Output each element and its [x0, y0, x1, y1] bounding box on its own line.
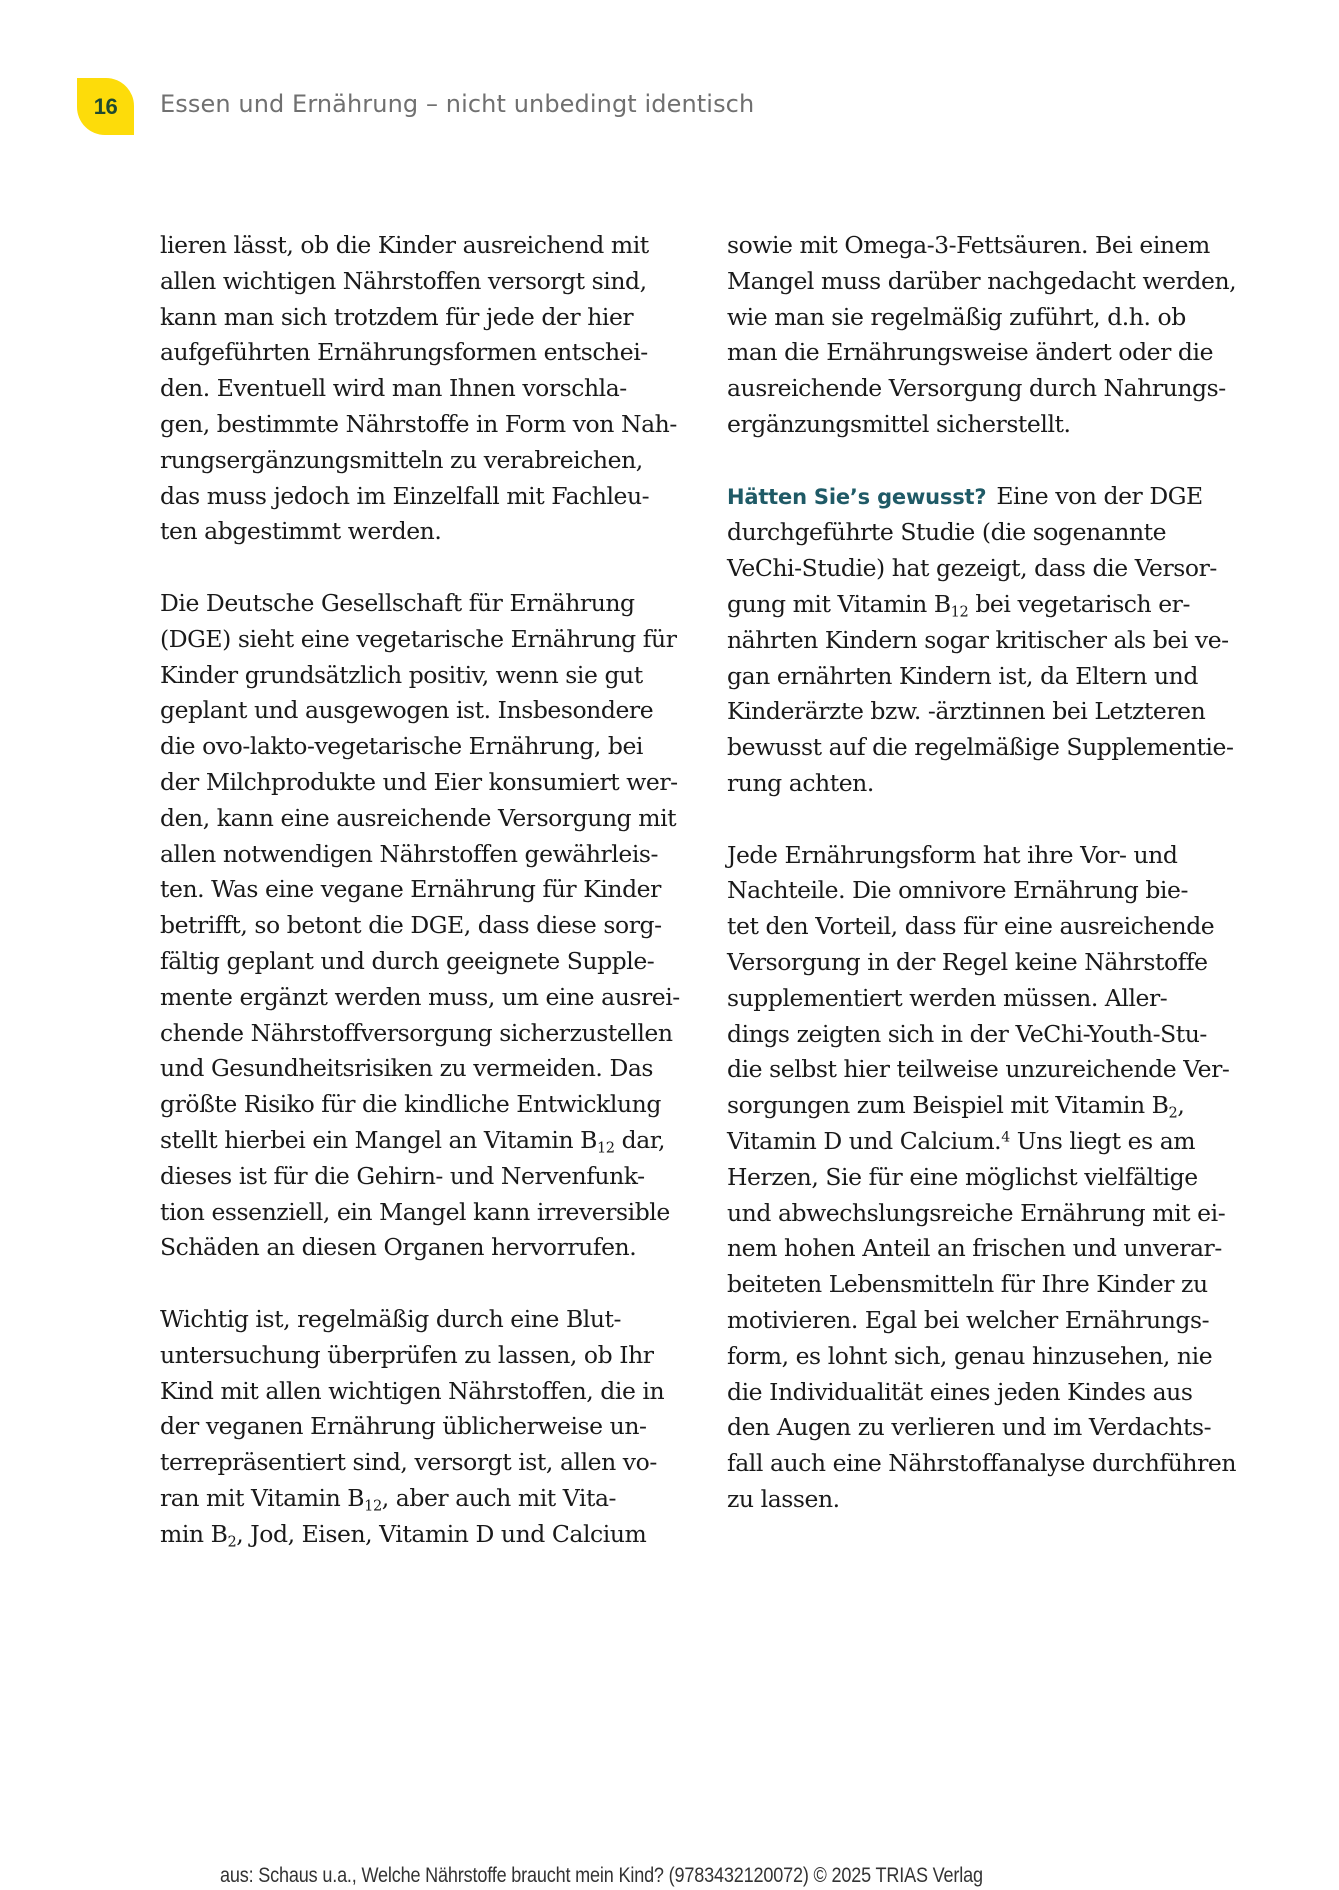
text-line-vitamin-b12: gung mit Vitamin B12 bei vegetarisch er- [727, 587, 1247, 623]
text-line: ausreichende Versorgung durch Nahrungs- [727, 371, 1247, 407]
text-line: Hätten Sie’s gewusst?Eine von der DGE [727, 479, 1247, 516]
subscript: 2 [1169, 1104, 1178, 1121]
text-line: den Augen zu verlieren und im Verdachts- [727, 1410, 1247, 1446]
text-line: und Gesundheitsrisiken zu vermeiden. Das [160, 1051, 680, 1087]
text-line: Jede Ernährungsform hat ihre Vor- und [727, 838, 1247, 874]
text-line: fall auch eine Nährstoffanalyse durchfüh… [727, 1446, 1247, 1482]
text-line-vitamin-b2: min B2, Jod, Eisen, Vitamin D und Calciu… [160, 1517, 680, 1553]
text-line: mente ergänzt werden muss, um eine ausre… [160, 980, 680, 1016]
text-line: lieren lässt, ob die Kinder ausreichend … [160, 228, 680, 264]
page-number-badge: 16 [77, 78, 134, 135]
text-line: Kind mit allen wichtigen Nährstoffen, di… [160, 1374, 680, 1410]
text-line: tet den Vorteil, dass für eine ausreiche… [727, 909, 1247, 945]
text-line: Schäden an diesen Organen hervorrufen. [160, 1230, 680, 1266]
text-line: motivieren. Egal bei welcher Ernährungs- [727, 1303, 1247, 1339]
text-line: aufgeführten Ernährungsformen entschei- [160, 335, 680, 371]
text-line: Kinderärzte bzw. -ärztinnen bei Letztere… [727, 694, 1247, 730]
text-line: bewusst auf die regelmäßige Supplementie… [727, 730, 1247, 766]
chapter-title: Essen und Ernährung – nicht unbedingt id… [160, 90, 754, 118]
text-line: Nachteile. Die omnivore Ernährung bie- [727, 873, 1247, 909]
text-line: rungsergänzungsmitteln zu verabreichen, [160, 443, 680, 479]
text-line: rung achten. [727, 766, 1247, 802]
page-number: 16 [94, 94, 117, 120]
text-line-vitamin-b2: sorgungen zum Beispiel mit Vitamin B2, [727, 1088, 1247, 1124]
did-you-know-box: Hätten Sie’s gewusst?Eine von der DGE du… [727, 479, 1247, 802]
text-line: die selbst hier teilweise unzureichende … [727, 1052, 1247, 1088]
text-line: gan ernährten Kindern ist, da Eltern und [727, 659, 1247, 695]
text-line: Kinder grundsätzlich positiv, wenn sie g… [160, 658, 680, 694]
source-credit: aus: Schaus u.a., Welche Nährstoffe brau… [220, 1864, 983, 1888]
text-line: die Individualität eines jeden Kindes au… [727, 1375, 1247, 1411]
text-line: wie man sie regelmäßig zuführt, d.h. ob [727, 300, 1247, 336]
text-line: geplant und ausgewogen ist. Insbesondere [160, 693, 680, 729]
subscript: 2 [227, 1533, 236, 1550]
text-line: ergänzungsmittel sicherstellt. [727, 407, 1247, 443]
text-line: supplementiert werden müssen. Aller- [727, 981, 1247, 1017]
text-line: und abwechslungsreiche Ernährung mit ei- [727, 1196, 1247, 1232]
text-line: gen, bestimmte Nährstoffe in Form von Na… [160, 407, 680, 443]
text-line: form, es lohnt sich, genau hinzusehen, n… [727, 1339, 1247, 1375]
text-line: größte Risiko für die kindliche Entwickl… [160, 1087, 680, 1123]
text-line: Mangel muss darüber nachgedacht werden, [727, 264, 1247, 300]
did-you-know-label: Hätten Sie’s gewusst? [727, 485, 986, 509]
text-line: die ovo-lakto-vegetarische Ernährung, be… [160, 729, 680, 765]
text-line: Die Deutsche Gesellschaft für Ernährung [160, 586, 680, 622]
text-line: dieses ist für die Gehirn- und Nervenfun… [160, 1159, 680, 1195]
text-line: durchgeführte Studie (die sogenannte [727, 515, 1247, 551]
footnote-reference[interactable]: 4 [1001, 1129, 1010, 1145]
text-line: man die Ernährungsweise ändert oder die [727, 335, 1247, 371]
text-line: beiteten Lebensmitteln für Ihre Kinder z… [727, 1267, 1247, 1303]
text-line: VeChi-Studie) hat gezeigt, dass die Vers… [727, 551, 1247, 587]
paragraph: Wichtig ist, regelmäßig durch eine Blut-… [160, 1302, 680, 1553]
text-line: tion essenziell, ein Mangel kann irrever… [160, 1195, 680, 1231]
text-line: allen wichtigen Nährstoffen versorgt sin… [160, 264, 680, 300]
text-line-vitamin-b12: ran mit Vitamin B12, aber auch mit Vita- [160, 1481, 680, 1517]
text-line: zu lassen. [727, 1482, 1247, 1518]
text-line-footnote: Vitamin D und Calcium.4 Uns liegt es am [727, 1124, 1247, 1160]
subscript: 12 [364, 1497, 382, 1514]
text-line: dings zeigten sich in der VeChi-Youth-St… [727, 1017, 1247, 1053]
text-line: der Milchprodukte und Eier konsumiert we… [160, 765, 680, 801]
subscript: 12 [951, 603, 969, 620]
text-line-vitamin-b12: stellt hierbei ein Mangel an Vitamin B12… [160, 1123, 680, 1159]
text-line: den. Eventuell wird man Ihnen vorschla- [160, 371, 680, 407]
text-line: das muss jedoch im Einzelfall mit Fachle… [160, 479, 680, 515]
text-line: betrifft, so betont die DGE, dass diese … [160, 908, 680, 944]
text-line: ten abgestimmt werden. [160, 514, 680, 550]
paragraph: Die Deutsche Gesellschaft für Ernährung … [160, 586, 680, 1266]
text-line: (DGE) sieht eine vegetarische Ernährung … [160, 622, 680, 658]
text-line: ten. Was eine vegane Ernährung für Kinde… [160, 872, 680, 908]
text-line: nem hohen Anteil an frischen und unverar… [727, 1231, 1247, 1267]
text-line: den, kann eine ausreichende Versorgung m… [160, 801, 680, 837]
text-line: kann man sich trotzdem für jede der hier [160, 300, 680, 336]
text-line: fältig geplant und durch geeignete Suppl… [160, 944, 680, 980]
right-column: sowie mit Omega-3-Fettsäuren. Bei einem … [727, 228, 1247, 1553]
text-line: chende Nährstoffversorgung sicherzustell… [160, 1016, 680, 1052]
text-line: untersuchung überprüfen zu lassen, ob Ih… [160, 1338, 680, 1374]
text-line: Wichtig ist, regelmäßig durch eine Blut- [160, 1302, 680, 1338]
paragraph: sowie mit Omega-3-Fettsäuren. Bei einem … [727, 228, 1247, 443]
left-column: lieren lässt, ob die Kinder ausreichend … [160, 228, 680, 1588]
text-line: terrepräsentiert sind, versorgt ist, all… [160, 1445, 680, 1481]
text-line: nährten Kindern sogar kritischer als bei… [727, 623, 1247, 659]
text-line: der veganen Ernährung üblicherweise un- [160, 1409, 680, 1445]
text-line: Herzen, Sie für eine möglichst vielfälti… [727, 1160, 1247, 1196]
text-line: sowie mit Omega-3-Fettsäuren. Bei einem [727, 228, 1247, 264]
text-line: Versorgung in der Regel keine Nährstoffe [727, 945, 1247, 981]
subscript: 12 [597, 1139, 615, 1156]
paragraph: lieren lässt, ob die Kinder ausreichend … [160, 228, 680, 550]
text-line: allen notwendigen Nährstoffen gewährleis… [160, 837, 680, 873]
paragraph: Jede Ernährungsform hat ihre Vor- und Na… [727, 838, 1247, 1518]
